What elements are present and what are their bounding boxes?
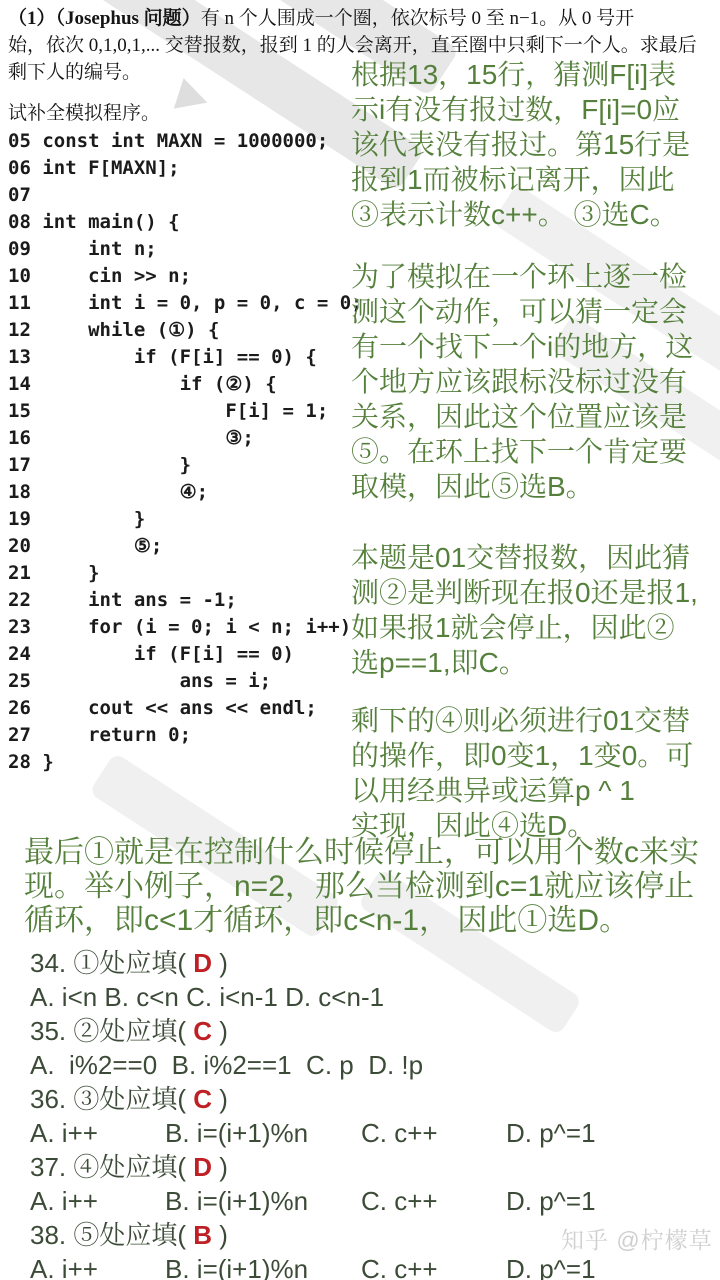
question-options-38: A. i++B. i=(i+1)%nC. c++D. p^=1 bbox=[30, 1252, 710, 1280]
code-line: 20 ⑤; bbox=[8, 533, 363, 560]
zhihu-credit-watermark: 知乎 @柠檬草 bbox=[561, 1222, 713, 1255]
code-line: 23 for (i = 0; i < n; i++) bbox=[8, 614, 363, 641]
question-head-34: 34. ①处应填( D ) bbox=[30, 946, 710, 980]
question-options-34: A. i<n B. c<n C. i<n-1 D. c<n-1 bbox=[30, 980, 710, 1014]
question-label: 36. ③处应填( bbox=[30, 1084, 193, 1114]
option-item: C. c++ bbox=[361, 1116, 506, 1150]
option-item: C. c++ bbox=[361, 1252, 506, 1280]
question-label-close: ) bbox=[212, 1084, 228, 1114]
annotation-note-2: 为了模拟在一个环上逐一检 测这个动作，可以猜一定会 有一个找下一个i的地方，这 … bbox=[351, 259, 720, 504]
option-item: D. p^=1 bbox=[506, 1116, 596, 1150]
option-item: B. i=(i+1)%n bbox=[165, 1116, 361, 1150]
document-page: （1）（Josephus 问题）有 n 个人围成一个圈，依次标号 0 至 n−1… bbox=[0, 0, 720, 1280]
option-item: B. i=(i+1)%n bbox=[165, 1252, 361, 1280]
option-item: D. p^=1 bbox=[506, 1184, 596, 1218]
code-line: 05 const int MAXN = 1000000; bbox=[8, 128, 363, 155]
code-line: 15 F[i] = 1; bbox=[8, 398, 363, 425]
code-line: 09 int n; bbox=[8, 236, 363, 263]
code-line: 24 if (F[i] == 0) bbox=[8, 641, 363, 668]
option-item: B. i=(i+1)%n bbox=[165, 1184, 361, 1218]
question-options-37: A. i++B. i=(i+1)%nC. c++D. p^=1 bbox=[30, 1184, 710, 1218]
code-line: 27 return 0; bbox=[8, 722, 363, 749]
code-line: 21 } bbox=[8, 560, 363, 587]
question-head-35: 35. ②处应填( C ) bbox=[30, 1014, 710, 1048]
annotation-note-3: 本题是01交替报数，因此猜 测②是判断现在报0还是报1, 如果报1就会停止，因此… bbox=[351, 540, 720, 680]
option-item: C. c++ bbox=[361, 1184, 506, 1218]
question-label-close: ) bbox=[212, 1152, 228, 1182]
code-line: 26 cout << ans << endl; bbox=[8, 695, 363, 722]
task-prompt: 试补全模拟程序。 bbox=[8, 98, 160, 125]
code-line: 19 } bbox=[8, 506, 363, 533]
annotation-note-4: 剩下的④则必须进行01交替 的操作，即0变1，1变0。可 以用经典异或运算p ^… bbox=[351, 703, 720, 843]
option-item: D. p^=1 bbox=[506, 1252, 596, 1280]
question-options-35: A. i%2==0 B. i%2==1 C. p D. !p bbox=[30, 1048, 710, 1082]
code-line: 14 if (②) { bbox=[8, 371, 363, 398]
question-label-close: ) bbox=[212, 1220, 228, 1250]
code-line: 16 ③; bbox=[8, 425, 363, 452]
annotation-bottom: 最后①就是在控制什么时候停止，可以用个数c来实 现。举小例子，n=2，那么当检测… bbox=[24, 836, 718, 938]
question-head-36: 36. ③处应填( C ) bbox=[30, 1082, 710, 1116]
code-line: 28 } bbox=[8, 749, 363, 776]
option-item: A. i++ bbox=[30, 1184, 165, 1218]
code-line: 13 if (F[i] == 0) { bbox=[8, 344, 363, 371]
code-line: 25 ans = i; bbox=[8, 668, 363, 695]
answer-letter: C bbox=[193, 1016, 212, 1046]
code-line: 11 int i = 0, p = 0, c = 0; bbox=[8, 290, 363, 317]
code-line: 07 bbox=[8, 182, 363, 209]
code-listing: 05 const int MAXN = 1000000;06 int F[MAX… bbox=[8, 128, 363, 776]
question-label-close: ) bbox=[212, 1016, 228, 1046]
question-label-close: ) bbox=[212, 948, 228, 978]
code-line: 08 int main() { bbox=[8, 209, 363, 236]
question-label: 38. ⑤处应填( bbox=[30, 1220, 193, 1250]
code-line: 22 int ans = -1; bbox=[8, 587, 363, 614]
code-line: 10 cin >> n; bbox=[8, 263, 363, 290]
answer-letter: B bbox=[193, 1220, 212, 1250]
question-label: 37. ④处应填( bbox=[30, 1152, 193, 1182]
code-line: 17 } bbox=[8, 452, 363, 479]
answer-letter: D bbox=[193, 948, 212, 978]
problem-title: （1）（Josephus 问题） bbox=[8, 8, 201, 29]
option-item: A. i++ bbox=[30, 1252, 165, 1280]
question-head-37: 37. ④处应填( D ) bbox=[30, 1150, 710, 1184]
code-line: 12 while (①) { bbox=[8, 317, 363, 344]
question-label: 35. ②处应填( bbox=[30, 1016, 193, 1046]
answer-letter: D bbox=[193, 1152, 212, 1182]
annotation-note-1: 根据13，15行，猜测F[i]表 示i有没有报过数，F[i]=0应 该代表没有报… bbox=[351, 57, 720, 232]
question-options-36: A. i++B. i=(i+1)%nC. c++D. p^=1 bbox=[30, 1116, 710, 1150]
answer-letter: C bbox=[193, 1084, 212, 1114]
code-line: 06 int F[MAXN]; bbox=[8, 155, 363, 182]
code-line: 18 ④; bbox=[8, 479, 363, 506]
question-label: 34. ①处应填( bbox=[30, 948, 193, 978]
option-item: A. i++ bbox=[30, 1116, 165, 1150]
annotation-column: 根据13，15行，猜测F[i]表 示i有没有报过数，F[i]=0应 该代表没有报… bbox=[351, 57, 720, 843]
